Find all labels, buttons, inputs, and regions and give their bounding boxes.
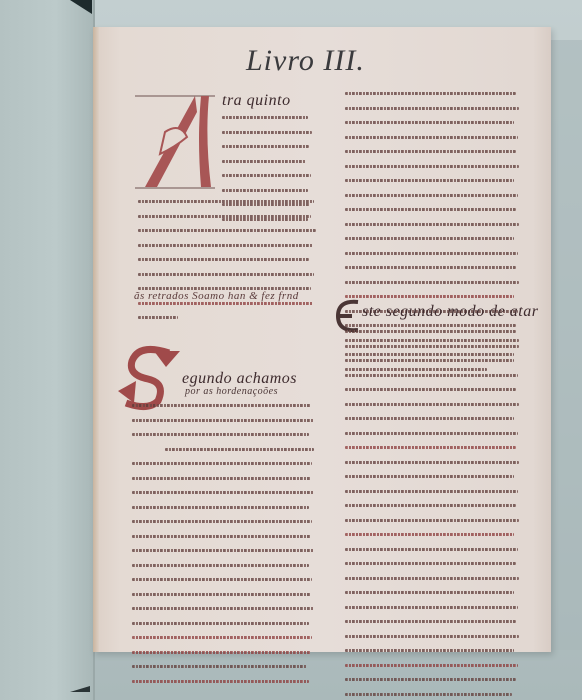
left-column-text-block-2 [132,400,318,690]
section-subheading-left-2: por as hordenaçoões [185,386,278,397]
book-cover-left [0,0,95,700]
decorated-initial-a-icon [135,92,215,192]
section-heading-right-1: ste segundo modo de atar [362,303,538,321]
page-shadow-right [551,40,582,650]
left-column-closing-note: ãs retrados Soamo han & fez frnd [134,290,299,302]
page-gutter-edge [93,27,99,652]
right-column-text-block-2 [345,326,523,700]
left-column-text-block-1b [138,196,318,327]
page-title: Livro III. [246,44,365,78]
section-heading-left-1: tra quinto [222,92,291,110]
